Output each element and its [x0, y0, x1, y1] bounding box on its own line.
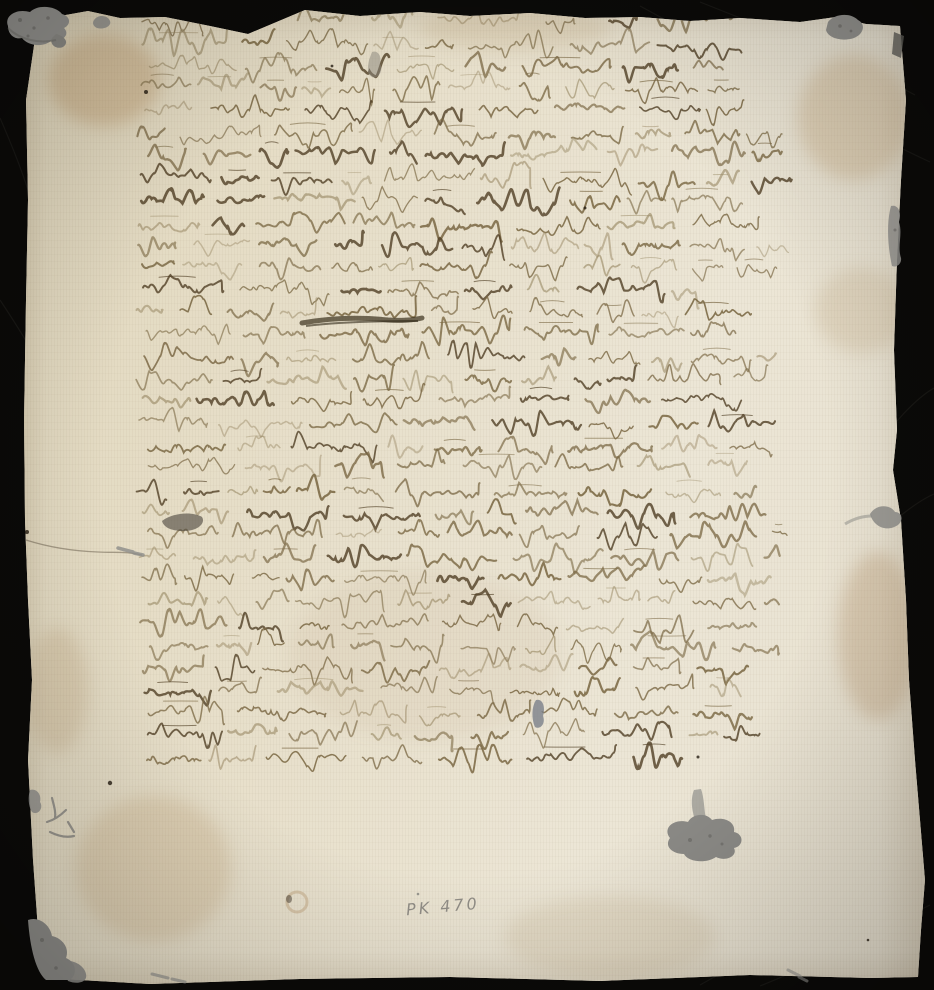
handwriting-stroke	[569, 566, 645, 581]
handwriting-stroke	[520, 526, 580, 547]
handwriting-stroke	[639, 171, 695, 200]
handwriting-stroke	[345, 487, 384, 501]
handwriting-stroke	[274, 194, 354, 210]
handwriting-stroke	[194, 550, 256, 565]
handwriting-stroke	[572, 127, 623, 144]
handwriting-stroke	[388, 282, 458, 299]
handwriting-stroke	[473, 297, 512, 319]
handwriting-stroke	[143, 275, 223, 293]
handwriting-stroke	[246, 456, 321, 482]
handwriting-stroke	[518, 592, 590, 610]
handwriting-stroke	[734, 365, 768, 381]
handwriting-stroke	[228, 304, 274, 321]
handwriting-stroke	[525, 324, 599, 344]
handwriting-stroke	[286, 569, 333, 590]
handwriting-stroke	[289, 721, 357, 745]
handwriting-stroke	[259, 238, 316, 255]
handwriting-stroke	[402, 281, 434, 282]
handwriting-stroke	[142, 18, 203, 35]
handwriting-stroke	[608, 365, 637, 381]
handwriting-stroke	[705, 706, 731, 707]
handwriting-stroke	[420, 251, 492, 278]
handwriting-stroke	[298, 4, 353, 21]
handwriting-stroke	[391, 634, 444, 662]
handwriting-stroke	[598, 523, 658, 550]
handwriting-stroke	[623, 241, 680, 255]
handwriting-stroke	[440, 322, 480, 323]
handwriting-stroke	[326, 54, 389, 80]
handwriting-stroke	[625, 549, 655, 550]
handwriting-stroke	[244, 327, 305, 344]
handwriting-stroke	[648, 591, 675, 603]
handwriting-stroke	[640, 80, 672, 82]
handwriting-stroke	[477, 188, 559, 216]
handwriting-stroke	[260, 149, 288, 168]
handwriting-stroke	[517, 217, 600, 235]
handwriting-stroke	[658, 2, 744, 32]
handwriting-stroke	[342, 176, 371, 194]
handwriting-stroke	[139, 408, 207, 432]
handwriting-stroke	[444, 439, 465, 440]
handwriting-stroke	[652, 97, 679, 98]
handwriting-stroke	[218, 597, 244, 616]
handwriting-stroke	[287, 29, 368, 55]
handwriting-stroke	[542, 698, 597, 716]
handwriting-stroke	[692, 544, 753, 571]
handwriting-stroke	[530, 387, 552, 388]
handwriting-stroke	[737, 265, 777, 278]
handwriting-stroke	[305, 101, 372, 123]
handwriting-stroke	[385, 108, 462, 127]
handwriting-stroke	[242, 29, 274, 45]
handwriting-stroke	[159, 276, 195, 277]
handwriting-stroke	[571, 29, 650, 54]
handwriting-stroke	[435, 119, 496, 146]
handwriting-stroke	[398, 449, 445, 467]
handwriting-stroke	[724, 726, 760, 741]
handwriting-stroke	[142, 564, 176, 584]
handwriting-stroke	[597, 300, 634, 322]
handwriting-stroke	[362, 661, 430, 683]
handwriting-stroke	[291, 432, 376, 463]
handwriting-stroke	[185, 566, 234, 591]
handwriting-stroke	[589, 423, 633, 439]
handwriting-stroke	[198, 73, 248, 89]
handwriting-stroke	[648, 364, 721, 385]
handwriting-stroke	[222, 12, 266, 25]
handwriting-stroke	[415, 733, 453, 752]
handwriting-stroke	[218, 195, 265, 203]
handwriting-stroke	[672, 195, 742, 211]
handwriting-stroke	[623, 64, 678, 83]
handwriting-stroke	[407, 545, 496, 571]
handwriting-stroke	[278, 681, 363, 695]
handwriting-stroke	[256, 589, 289, 609]
handwriting-stroke	[215, 655, 254, 681]
handwriting-stroke	[266, 752, 346, 772]
handwriting-stroke	[579, 487, 652, 506]
handwriting-stroke	[708, 460, 747, 476]
handwriting-stroke	[238, 436, 280, 450]
handwriting-stroke	[209, 745, 256, 769]
handwriting-stroke	[439, 386, 510, 406]
handwriting-stroke	[332, 263, 372, 272]
handwriting-stroke	[433, 189, 451, 190]
handwriting-stroke	[765, 599, 779, 604]
handwriting-stroke	[228, 724, 277, 734]
handwriting-stroke	[219, 420, 302, 437]
handwriting-stroke	[342, 289, 381, 293]
handwriting-stroke	[518, 614, 558, 635]
handwriting-stroke	[264, 543, 316, 562]
handwriting-stroke	[479, 106, 537, 118]
handwriting-stroke	[510, 688, 559, 696]
handwriting-stroke	[584, 255, 620, 275]
handwriting-stroke	[428, 707, 446, 708]
handwriting-stroke	[443, 614, 501, 630]
handwriting-stroke	[340, 700, 407, 723]
handwriting-stroke	[260, 258, 321, 279]
handwriting-stroke	[469, 30, 553, 58]
handwriting-stroke	[287, 356, 336, 362]
handwriting-stroke	[773, 531, 788, 535]
handwriting-stroke	[466, 52, 506, 77]
handwriting-stroke	[296, 147, 375, 163]
handwriting-stroke	[204, 150, 251, 164]
handwriting-stroke	[143, 396, 191, 407]
handwriting-stroke	[363, 745, 422, 769]
handwriting-stroke	[521, 395, 569, 401]
handwriting-stroke	[579, 658, 616, 675]
handwriting-stroke	[194, 240, 249, 256]
handwriting-stroke	[252, 573, 279, 579]
handwriting-stroke	[509, 485, 541, 486]
handwriting-stroke	[359, 507, 393, 508]
handwriting-ink	[0, 0, 934, 990]
handwriting-stroke	[708, 574, 771, 596]
handwriting-stroke	[144, 343, 233, 370]
handwriting-stroke	[481, 162, 531, 188]
handwriting-stroke	[260, 84, 296, 100]
handwriting-stroke	[345, 570, 426, 595]
handwriting-stroke	[310, 413, 397, 432]
handwriting-stroke	[526, 636, 556, 654]
handwriting-stroke	[353, 212, 414, 227]
handwriting-stroke	[520, 83, 550, 101]
handwriting-stroke	[438, 8, 520, 26]
handwriting-stroke	[657, 43, 741, 59]
handwriting-stroke	[409, 56, 435, 57]
handwriting-stroke	[474, 281, 495, 282]
handwriting-stroke	[327, 296, 416, 318]
handwriting-stroke	[627, 191, 665, 214]
handwriting-stroke	[143, 505, 169, 516]
handwriting-stroke	[634, 658, 681, 674]
handwriting-stroke	[708, 623, 756, 629]
handwriting-stroke	[745, 259, 763, 260]
handwriting-stroke	[300, 623, 329, 629]
handwriting-stroke	[247, 506, 328, 530]
handwriting-stroke	[148, 145, 186, 170]
handwriting-stroke	[420, 713, 460, 725]
handwriting-stroke	[692, 354, 751, 371]
handwriting-stroke	[158, 682, 188, 683]
handwriting-stroke	[393, 76, 440, 101]
handwriting-stroke	[520, 654, 572, 671]
handwriting-stroke	[295, 678, 333, 679]
handwriting-stroke	[148, 723, 222, 748]
handwriting-stroke	[733, 644, 779, 655]
handwriting-stroke	[693, 214, 759, 229]
handwriting-stroke	[197, 391, 274, 406]
handwriting-stroke	[342, 614, 428, 629]
handwriting-stroke	[148, 444, 226, 452]
handwriting-stroke	[239, 613, 283, 642]
handwriting-stroke	[139, 223, 200, 232]
handwriting-stroke	[320, 329, 408, 346]
handwriting-stroke	[335, 453, 383, 478]
handwriting-stroke	[328, 545, 401, 567]
handwriting-stroke	[708, 86, 739, 92]
handwriting-stroke	[462, 235, 504, 260]
handwriting-stroke	[634, 743, 682, 769]
handwriting-stroke	[275, 123, 352, 148]
handwriting-stroke	[372, 3, 412, 27]
handwriting-stroke	[374, 32, 418, 50]
handwriting-stroke	[352, 478, 370, 479]
handwriting-stroke	[659, 577, 701, 592]
handwriting-stroke	[265, 142, 278, 143]
manuscript-page: PK 470	[0, 0, 934, 990]
handwriting-stroke	[752, 178, 792, 194]
handwriting-stroke	[354, 365, 394, 392]
handwriting-stroke	[492, 411, 581, 436]
handwriting-stroke	[437, 576, 483, 589]
handwriting-stroke	[148, 458, 234, 474]
handwriting-stroke	[691, 322, 736, 337]
handwriting-stroke	[522, 366, 556, 384]
handwriting-stroke	[699, 302, 729, 303]
handwriting-stroke	[379, 258, 414, 271]
handwriting-stroke	[552, 12, 565, 13]
handwriting-stroke	[269, 479, 281, 480]
handwriting-stroke	[464, 455, 542, 479]
handwriting-stroke	[137, 480, 167, 505]
handwriting-stroke	[344, 514, 420, 530]
handwriting-stroke	[568, 443, 652, 457]
handwriting-stroke	[299, 634, 334, 648]
handwriting-stroke	[448, 341, 525, 368]
handwriting-stroke	[421, 219, 502, 242]
handwriting-stroke	[145, 102, 192, 115]
handwriting-stroke	[730, 442, 772, 457]
handwriting-stroke	[183, 500, 229, 524]
handwriting-stroke	[566, 79, 614, 98]
handwriting-stroke	[149, 55, 236, 73]
handwriting-stroke	[677, 480, 702, 481]
handwriting-stroke	[290, 123, 325, 125]
handwriting-stroke	[598, 587, 640, 603]
handwriting-stroke	[340, 78, 375, 104]
handwriting-stroke	[465, 375, 511, 391]
handwriting-stroke	[390, 141, 417, 163]
handwriting-stroke	[432, 296, 459, 314]
handwriting-stroke	[765, 545, 780, 557]
handwriting-stroke	[281, 298, 318, 318]
handwriting-stroke	[404, 417, 475, 430]
handwriting-stroke	[221, 176, 258, 184]
handwriting-stroke	[575, 677, 620, 696]
handwriting-stroke	[336, 529, 381, 537]
handwriting-stroke	[425, 198, 465, 215]
handwriting-stroke	[690, 504, 765, 521]
handwriting-stroke	[757, 353, 776, 360]
handwriting-stroke	[488, 499, 516, 524]
handwriting-stroke	[223, 369, 261, 383]
handwriting-stroke	[555, 103, 625, 112]
handwriting-stroke	[636, 674, 694, 700]
handwriting-stroke	[151, 74, 173, 75]
handwriting-stroke	[615, 706, 678, 719]
handwriting-stroke	[672, 142, 745, 165]
handwriting-stroke	[302, 87, 330, 96]
handwriting-stroke	[461, 75, 489, 76]
handwriting-stroke	[571, 640, 621, 663]
handwriting-stroke	[363, 383, 424, 408]
handwriting-stroke	[228, 487, 257, 495]
handwriting-stroke	[690, 239, 744, 261]
handwriting-stroke	[636, 130, 671, 139]
handwriting-stroke	[752, 150, 781, 161]
handwriting-stroke	[567, 619, 624, 634]
handwriting-stroke	[526, 500, 598, 516]
handwriting-stroke	[722, 415, 752, 416]
handwriting-stroke	[747, 132, 783, 148]
handwriting-stroke	[670, 521, 756, 548]
handwriting-stroke	[555, 454, 622, 471]
handwriting-stroke	[703, 348, 730, 349]
handwriting-stroke	[662, 435, 717, 451]
handwriting-stroke	[626, 78, 698, 104]
handwriting-stroke	[462, 590, 511, 617]
handwriting-stroke	[634, 615, 694, 643]
handwriting-stroke	[694, 61, 723, 70]
handwriting-stroke	[608, 145, 657, 166]
handwriting-stroke	[686, 188, 718, 189]
handwriting-stroke	[264, 486, 290, 493]
handwriting-stroke	[638, 456, 690, 477]
handwriting-stroke	[309, 7, 334, 8]
handwriting-stroke	[142, 261, 174, 268]
handwriting-stroke	[149, 592, 208, 605]
handwriting-stroke	[690, 731, 718, 735]
handwriting-stroke	[641, 258, 661, 259]
handwriting-stroke	[709, 410, 776, 431]
handwriting-stroke	[602, 722, 671, 740]
handwriting-stroke	[256, 212, 345, 232]
handwriting-stroke	[388, 435, 422, 458]
handwriting-stroke	[372, 727, 401, 740]
handwriting-stroke	[734, 486, 756, 498]
handwriting-stroke	[542, 349, 576, 366]
handwriting-stroke	[499, 563, 561, 586]
handwriting-stroke	[589, 352, 640, 365]
handwriting-stroke	[693, 265, 723, 281]
handwriting-stroke	[609, 10, 638, 28]
handwriting-stroke	[662, 394, 742, 411]
handwriting-stroke	[642, 312, 678, 328]
handwriting-stroke	[693, 598, 756, 609]
handwriting-stroke	[447, 125, 475, 126]
handwriting-stroke	[649, 416, 698, 429]
handwriting-stroke	[351, 641, 384, 661]
handwriting-stroke	[231, 370, 248, 371]
handwriting-stroke	[448, 521, 512, 537]
handwriting-stroke	[180, 125, 261, 144]
handwriting-stroke	[707, 170, 739, 185]
handwriting-stroke	[263, 657, 353, 685]
handwriting-stroke	[143, 655, 204, 681]
handwriting-stroke	[440, 654, 511, 679]
handwriting-stroke	[399, 520, 440, 537]
handwriting-stroke	[377, 725, 390, 726]
handwriting-stroke	[609, 327, 684, 337]
handwriting-stroke	[335, 231, 363, 248]
handwriting-stroke	[146, 324, 230, 344]
handwriting-stroke	[180, 296, 211, 315]
handwriting-stroke	[608, 214, 675, 229]
handwriting-stroke	[362, 187, 417, 213]
handwriting-stroke	[643, 744, 665, 745]
handwriting-stroke	[575, 378, 601, 389]
handwriting-stroke	[693, 712, 752, 730]
handwriting-stroke	[450, 688, 494, 703]
handwriting-stroke	[586, 390, 650, 413]
handwriting-stroke	[646, 618, 673, 619]
handwriting-stroke	[449, 71, 510, 89]
handwriting-stroke	[184, 489, 219, 495]
handwriting-lines	[136, 2, 791, 772]
handwriting-stroke	[147, 756, 201, 764]
handwriting-stroke	[541, 301, 565, 302]
handwriting-stroke	[213, 218, 244, 235]
handwriting-stroke	[757, 246, 789, 257]
handwriting-stroke	[697, 666, 748, 685]
handwriting-stroke	[137, 306, 163, 313]
handwriting-stroke	[297, 350, 319, 351]
handwriting-stroke	[403, 370, 452, 392]
handwriting-stroke	[570, 196, 620, 213]
handwriting-stroke	[632, 259, 677, 283]
handwriting-stroke	[640, 106, 701, 120]
handwriting-stroke	[137, 126, 164, 139]
handwriting-stroke	[140, 609, 226, 637]
handwriting-stroke	[385, 164, 475, 181]
handwriting-stroke	[512, 233, 579, 253]
handwriting-stroke	[546, 19, 575, 34]
handwriting-stroke	[148, 526, 218, 548]
handwriting-stroke	[150, 643, 208, 660]
handwriting-stroke	[422, 315, 510, 345]
handwriting-stroke	[217, 643, 251, 655]
handwriting-stroke	[136, 371, 212, 390]
handwriting-stroke	[426, 142, 505, 165]
handwriting-stroke	[478, 700, 531, 721]
handwriting-stroke	[297, 475, 335, 500]
handwriting-stroke	[706, 100, 744, 126]
handwriting-stroke	[296, 591, 384, 618]
handwriting-stroke	[268, 367, 346, 389]
